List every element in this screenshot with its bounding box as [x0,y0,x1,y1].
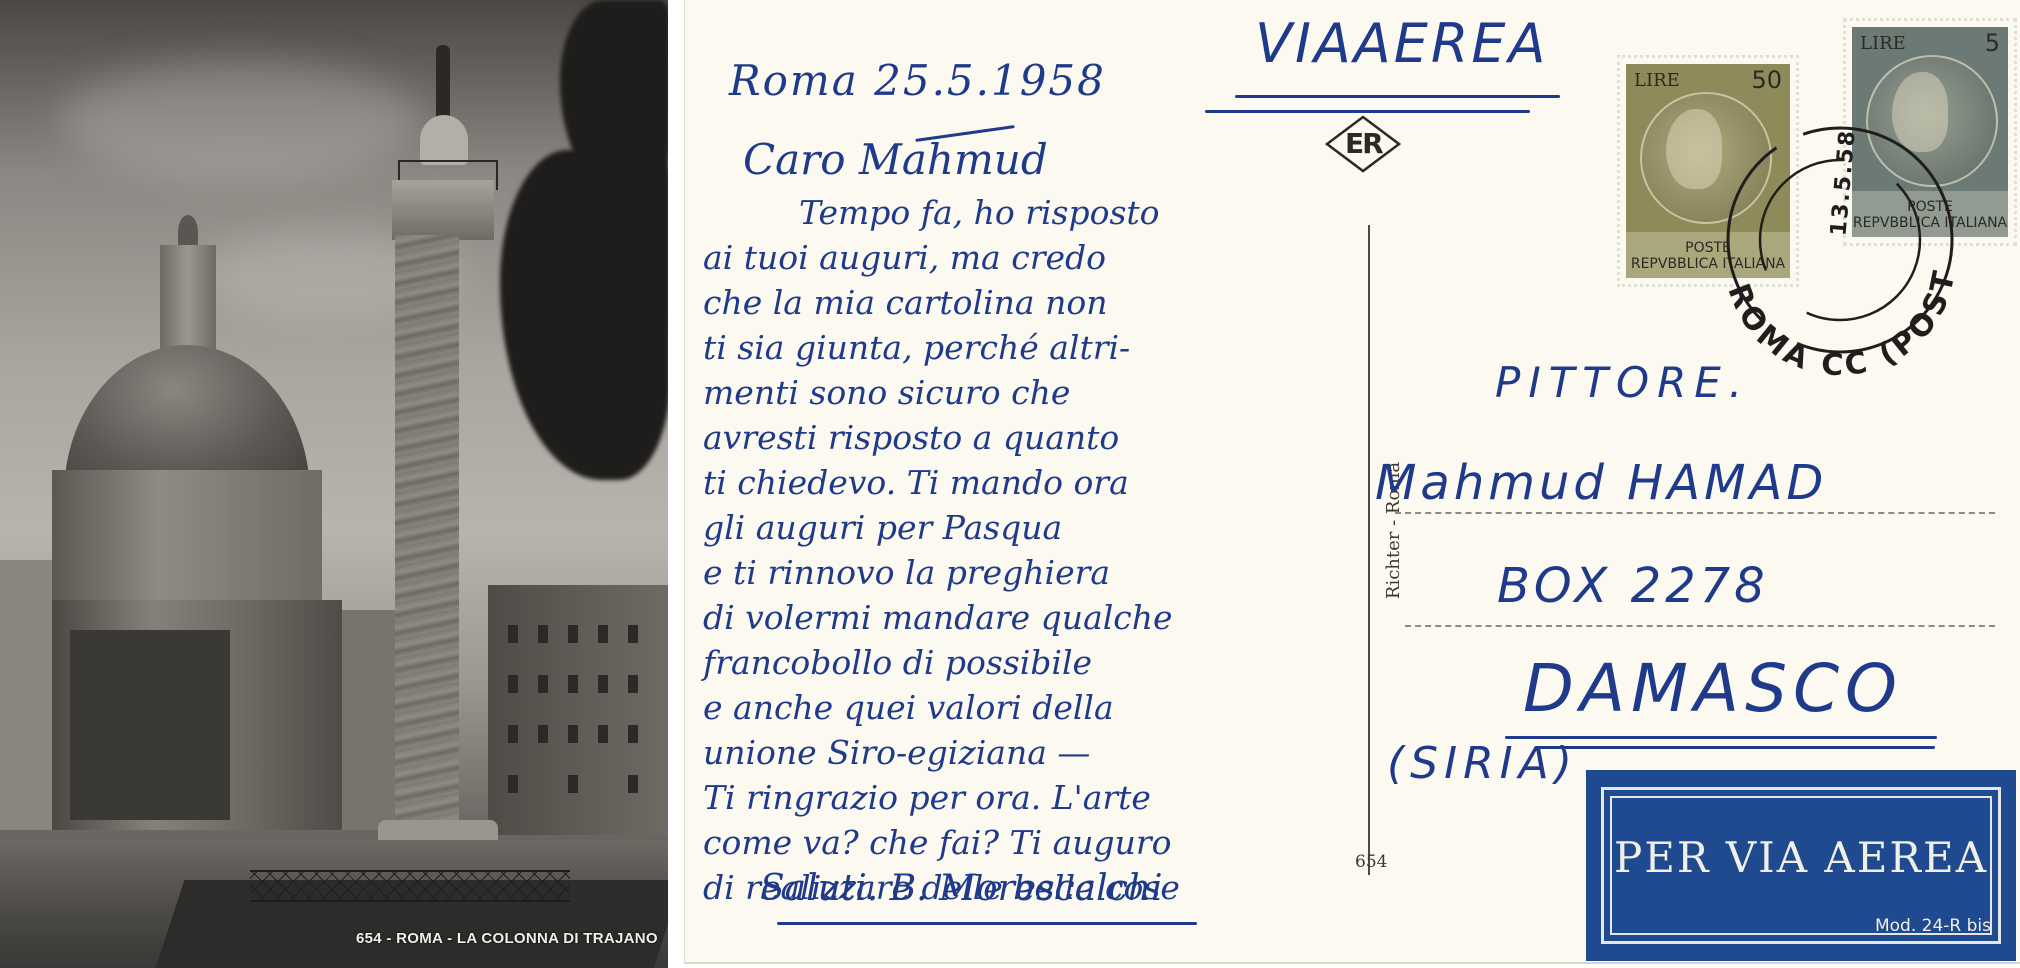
stamp-value: 5 [1985,29,2000,57]
iron-railing [250,870,570,902]
message-address-divider [1368,225,1370,875]
signature-underline [777,922,1197,925]
church-portico [70,630,230,820]
underline [1235,95,1560,98]
address-city: DAMASCO [1523,650,1903,727]
address-title: PITTORE. [1495,358,1750,407]
message-line: ai tuoi auguri, ma credo [703,235,1343,280]
postcard-back: Roma 25.5.1958 VIAAEREA ER Caro Mahmud T… [684,0,2020,964]
airmail-label: PER VIA AEREA Mod. 24-R bis [1589,773,2013,958]
church-lantern-top [178,215,198,249]
message-line: Ti ringrazio per ora. L'arte [703,775,1343,820]
message-line: gli auguri per Pasqua [703,505,1343,550]
pine-tree [500,150,668,480]
message-line: menti sono sicuro che [703,370,1343,415]
message-line: Tempo fa, ho risposto [703,190,1343,235]
message-body: Tempo fa, ho risposto ai tuoi auguri, ma… [703,190,1343,910]
publisher-logo: ER [1325,115,1401,173]
stamp-currency: LIRE [1860,33,1906,54]
message-line: di volermi mandare qualche [703,595,1343,640]
photo-caption: 654 - ROMA - LA COLONNA DI TRAJANO [356,930,658,947]
message-line: come va? che fai? Ti auguro [703,820,1343,865]
airmail-label-text: PER VIA AEREA [1589,833,2013,882]
address-country: (SIRIA) [1387,738,1578,789]
address-box: BOX 2278 [1497,558,1769,614]
message-line: francobollo di possibile [703,640,1343,685]
stamp-value: 50 [1751,66,1782,94]
signature: Saluti. B. Morescalchi [760,868,1163,909]
church-lantern [160,245,216,355]
handwritten-via-aerea: VIAAEREA [1255,12,1548,75]
address-line [1395,512,1995,514]
message-line: che la mia cartolina non [703,280,1343,325]
address-line [1405,625,1995,627]
logo-text: ER [1345,127,1382,160]
card-number: 654 [1355,852,1387,872]
message-line: ti chiedevo. Ti mando ora [703,460,1343,505]
airmail-label-model: Mod. 24-R bis [1875,916,1991,936]
greeting: Caro Mahmud [743,135,1048,184]
city-underline [1535,746,1935,749]
palazzo-building [488,585,668,835]
underline [1205,110,1530,113]
message-line: unione Siro-egiziana — [703,730,1343,775]
column-top [420,115,468,165]
postcard-front-photo: 654 - ROMA - LA COLONNA DI TRAJANO [0,0,668,968]
handwritten-date: Roma 25.5.1958 [729,56,1106,105]
church-drum [52,470,322,620]
message-line: avresti risposto a quanto [703,415,1343,460]
message-line: ti sia giunta, perché altri- [703,325,1343,370]
background-building [340,610,400,830]
message-line: e ti rinnovo la preghiera [703,550,1343,595]
message-line: e anche quei valori della [703,685,1343,730]
sky-cloud [60,60,420,180]
stamp-currency: LIRE [1634,70,1680,91]
trajans-column [395,235,459,825]
address-name: Mahmud HAMAD [1375,455,1827,511]
column-capital [392,180,494,240]
